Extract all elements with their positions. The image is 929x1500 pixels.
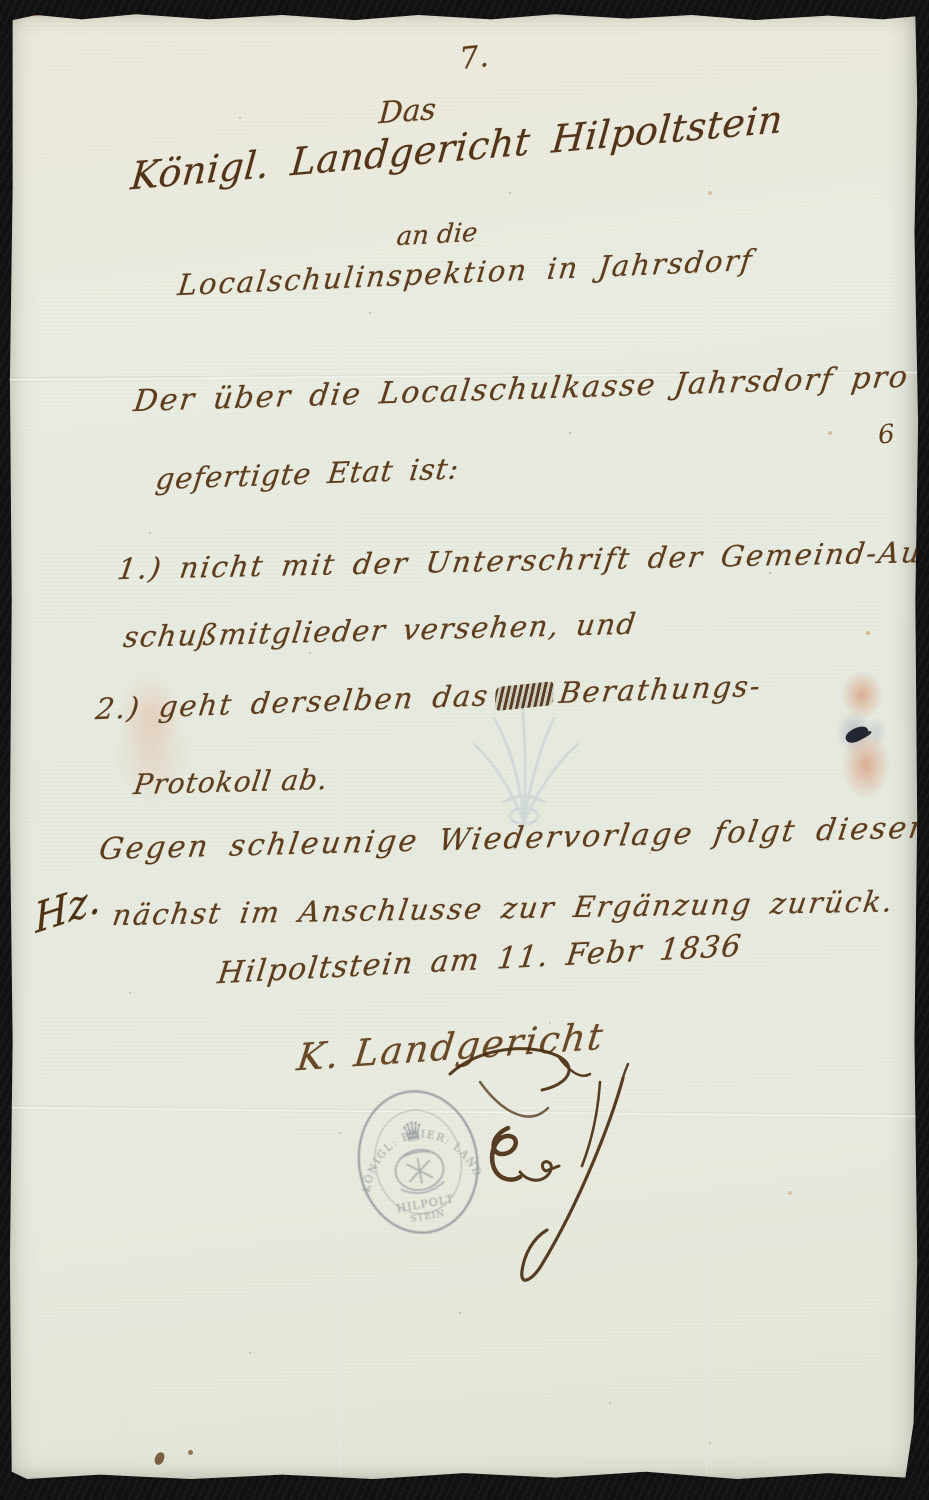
body-item2-line-2: Protokoll ab. [132,763,331,801]
body-item2-line-1-end: Berathungs- [557,669,764,710]
body-item1-line-1: 1.) nicht mit der Unterschrift der Gemei… [115,535,929,586]
header-authority: Königl. Landgericht Hilpoltstein [129,97,785,199]
dateline: Hilpoltstein am 11. Febr 1836 [216,929,745,992]
signature-flourish [420,1040,680,1320]
ink-spot [188,1450,193,1455]
header-article: Das [378,92,438,131]
letter-page: 7. Das Königl. Landgericht Hilpoltstein … [9,12,919,1482]
fold-crease-vertical-left [339,12,342,1482]
wax-seal-residue [804,647,919,832]
body-line-2: gefertigte Etat ist: [154,451,462,496]
strikeout-scribble [494,681,554,711]
header-connector: an die [395,218,478,252]
header-recipient: Localschulinspektion in Jahrsdorf [176,243,755,302]
fold-crease-vertical-right [705,12,708,1482]
ink-spot [153,1451,165,1466]
margin-paraph: Hz. [33,875,102,944]
page-number: 7. [458,39,490,77]
body-line-1: Der über die Localschulkasse Jahrsdorf p… [132,356,929,419]
body-closing-line-2: nächst im Anschlusse zur Ergänzung zurüc… [110,884,896,932]
body-line-1-year-denominator: 6 [877,419,896,450]
body-item1-line-2: schußmitglieder versehen, und [122,607,640,655]
